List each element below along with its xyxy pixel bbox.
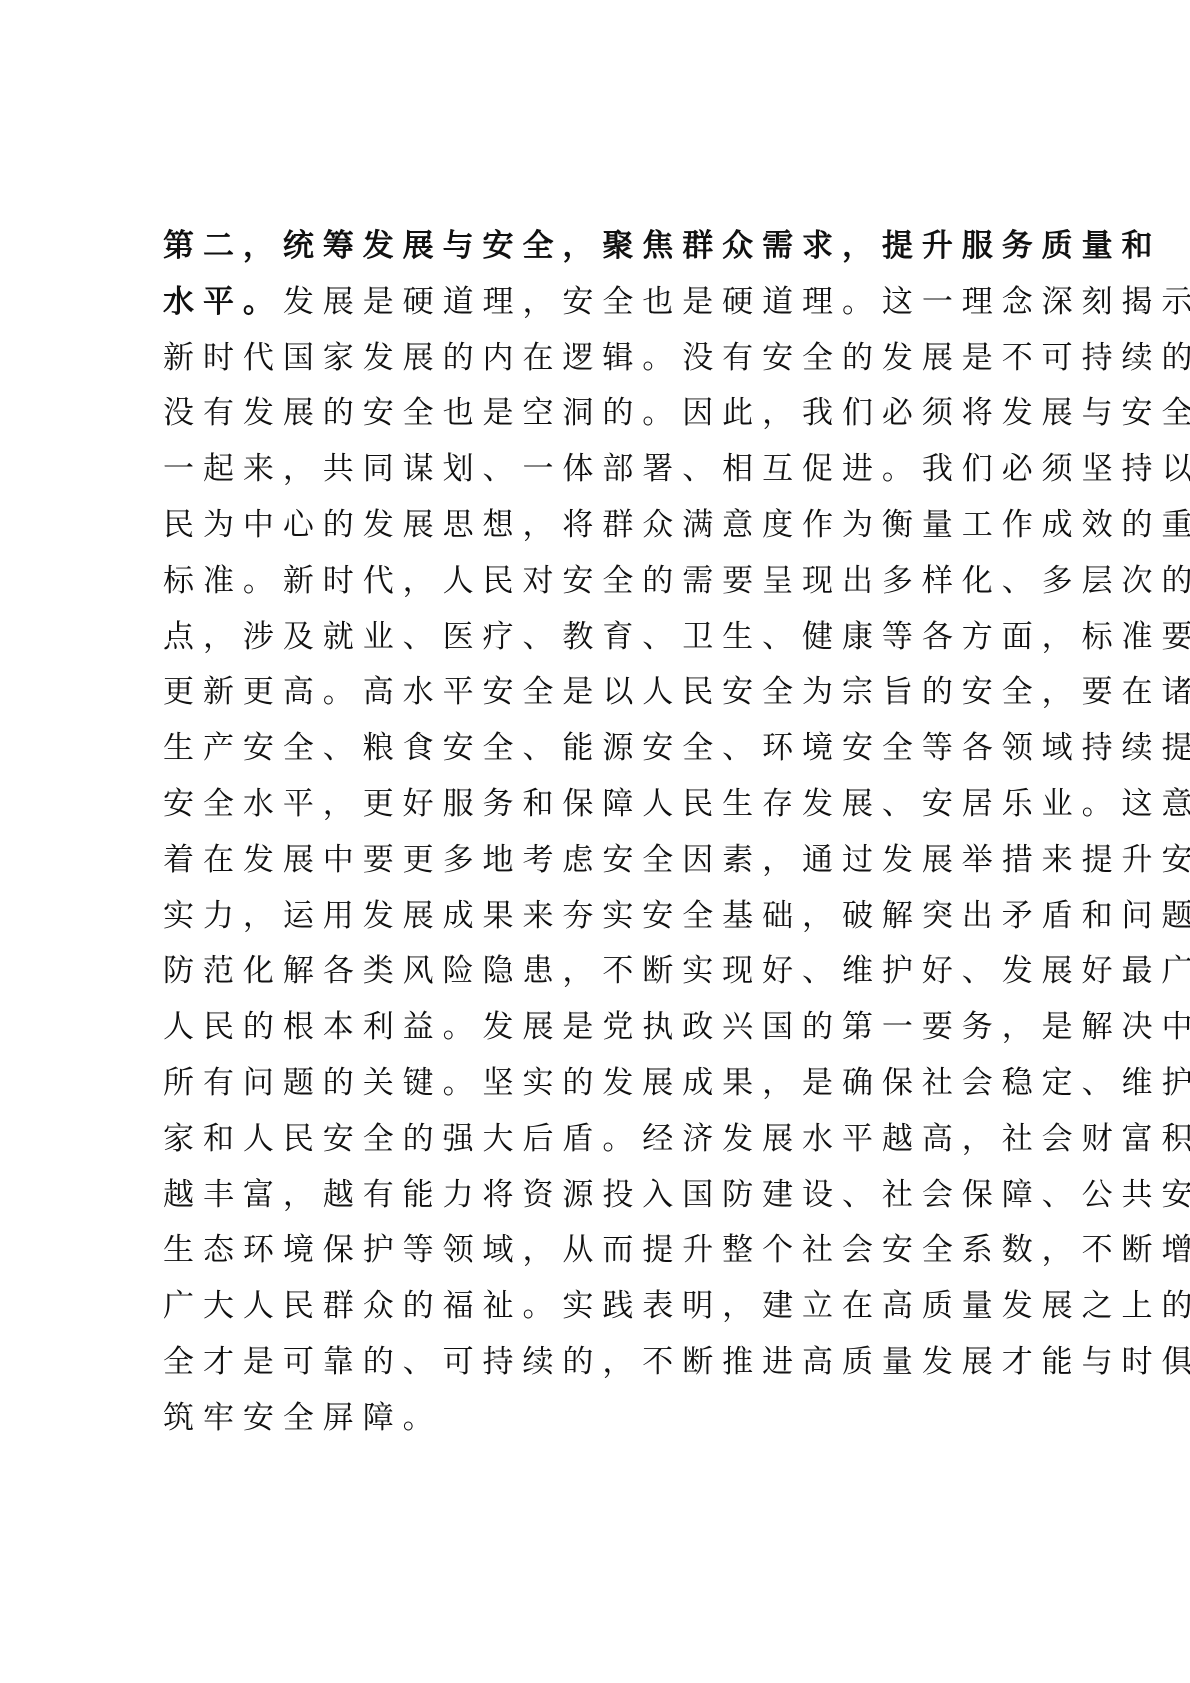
line-text: 标准。新时代，人民对安全的需要呈现出多样化、多层次的特	[163, 554, 1190, 610]
paragraph: 第二，统筹发展与安全，聚焦群众需求，提升服务质量和 水平。发展是硬道理，安全也是…	[163, 219, 1043, 1447]
line-text: 人民的根本利益。发展是党执政兴国的第一要务，是解决中国	[163, 1000, 1190, 1056]
line-text: 实力，运用发展成果来夯实安全基础，破解突出矛盾和问题，	[163, 889, 1190, 945]
line-text: 所有问题的关键。坚实的发展成果，是确保社会稳定、维护国	[163, 1056, 1190, 1112]
line-text: 没有发展的安全也是空洞的。因此，我们必须将发展与安全统	[163, 386, 1190, 442]
text-line: 越丰富，越有能力将资源投入国防建设、社会保障、公共安全、	[163, 1168, 1043, 1224]
text-line: 水平。发展是硬道理，安全也是硬道理。这一理念深刻揭示了	[163, 275, 1043, 331]
line-text: 安全水平，更好服务和保障人民生存发展、安居乐业。这意味	[163, 777, 1190, 833]
text-line: 人民的根本利益。发展是党执政兴国的第一要务，是解决中国	[163, 1000, 1043, 1056]
text-line: 广大人民群众的福祉。实践表明，建立在高质量发展之上的安	[163, 1279, 1043, 1335]
line-text: 新时代国家发展的内在逻辑。没有安全的发展是不可持续的，	[163, 331, 1190, 387]
text-line: 筑牢安全屏障。	[163, 1391, 1043, 1447]
text-line: 生态环境保护等领域，从而提升整个社会安全系数，不断增进	[163, 1223, 1043, 1279]
text-line: 一起来，共同谋划、一体部署、相互促进。我们必须坚持以人	[163, 442, 1043, 498]
text-line: 着在发展中要更多地考虑安全因素，通过发展举措来提升安全	[163, 833, 1043, 889]
text-line: 民为中心的发展思想，将群众满意度作为衡量工作成效的重要	[163, 498, 1043, 554]
document-page: 第二，统筹发展与安全，聚焦群众需求，提升服务质量和 水平。发展是硬道理，安全也是…	[0, 0, 1190, 1683]
text-line: 家和人民安全的强大后盾。经济发展水平越高，社会财富积累	[163, 1112, 1043, 1168]
heading-text: 第二，统筹发展与安全，聚焦群众需求，提升服务质量和	[163, 219, 1161, 275]
text-line: 生产安全、粮食安全、能源安全、环境安全等各领域持续提升	[163, 721, 1043, 777]
line-text: 着在发展中要更多地考虑安全因素，通过发展举措来提升安全	[163, 833, 1190, 889]
line-text: 民为中心的发展思想，将群众满意度作为衡量工作成效的重要	[163, 498, 1190, 554]
line-text: 生产安全、粮食安全、能源安全、环境安全等各领域持续提升	[163, 721, 1190, 777]
line-text: 筑牢安全屏障。	[163, 1391, 443, 1447]
text-line: 实力，运用发展成果来夯实安全基础，破解突出矛盾和问题，	[163, 889, 1043, 945]
text-line: 更新更高。高水平安全是以人民安全为宗旨的安全，要在诸如	[163, 665, 1043, 721]
line-text: 点，涉及就业、医疗、教育、卫生、健康等各方面，标准要求	[163, 610, 1190, 666]
line-text: 发展是硬道理，安全也是硬道理。这一理念深刻揭示了	[283, 275, 1190, 331]
line-text: 家和人民安全的强大后盾。经济发展水平越高，社会财富积累	[163, 1112, 1190, 1168]
text-line: 新时代国家发展的内在逻辑。没有安全的发展是不可持续的，	[163, 331, 1043, 387]
text-line: 防范化解各类风险隐患，不断实现好、维护好、发展好最广大	[163, 944, 1043, 1000]
line-text: 广大人民群众的福祉。实践表明，建立在高质量发展之上的安	[163, 1279, 1190, 1335]
text-line: 点，涉及就业、医疗、教育、卫生、健康等各方面，标准要求	[163, 610, 1043, 666]
text-line: 所有问题的关键。坚实的发展成果，是确保社会稳定、维护国	[163, 1056, 1043, 1112]
heading-text: 水平。	[163, 275, 283, 331]
text-line: 没有发展的安全也是空洞的。因此，我们必须将发展与安全统	[163, 386, 1043, 442]
text-line: 全才是可靠的、可持续的，不断推进高质量发展才能与时俱进	[163, 1335, 1043, 1391]
line-text: 一起来，共同谋划、一体部署、相互促进。我们必须坚持以人	[163, 442, 1190, 498]
line-text: 更新更高。高水平安全是以人民安全为宗旨的安全，要在诸如	[163, 665, 1190, 721]
line-text: 越丰富，越有能力将资源投入国防建设、社会保障、公共安全、	[163, 1168, 1190, 1224]
line-text: 防范化解各类风险隐患，不断实现好、维护好、发展好最广大	[163, 944, 1190, 1000]
line-text: 生态环境保护等领域，从而提升整个社会安全系数，不断增进	[163, 1223, 1190, 1279]
text-line: 安全水平，更好服务和保障人民生存发展、安居乐业。这意味	[163, 777, 1043, 833]
text-line: 标准。新时代，人民对安全的需要呈现出多样化、多层次的特	[163, 554, 1043, 610]
line-text: 全才是可靠的、可持续的，不断推进高质量发展才能与时俱进	[163, 1335, 1190, 1391]
text-line: 第二，统筹发展与安全，聚焦群众需求，提升服务质量和	[163, 219, 1043, 275]
